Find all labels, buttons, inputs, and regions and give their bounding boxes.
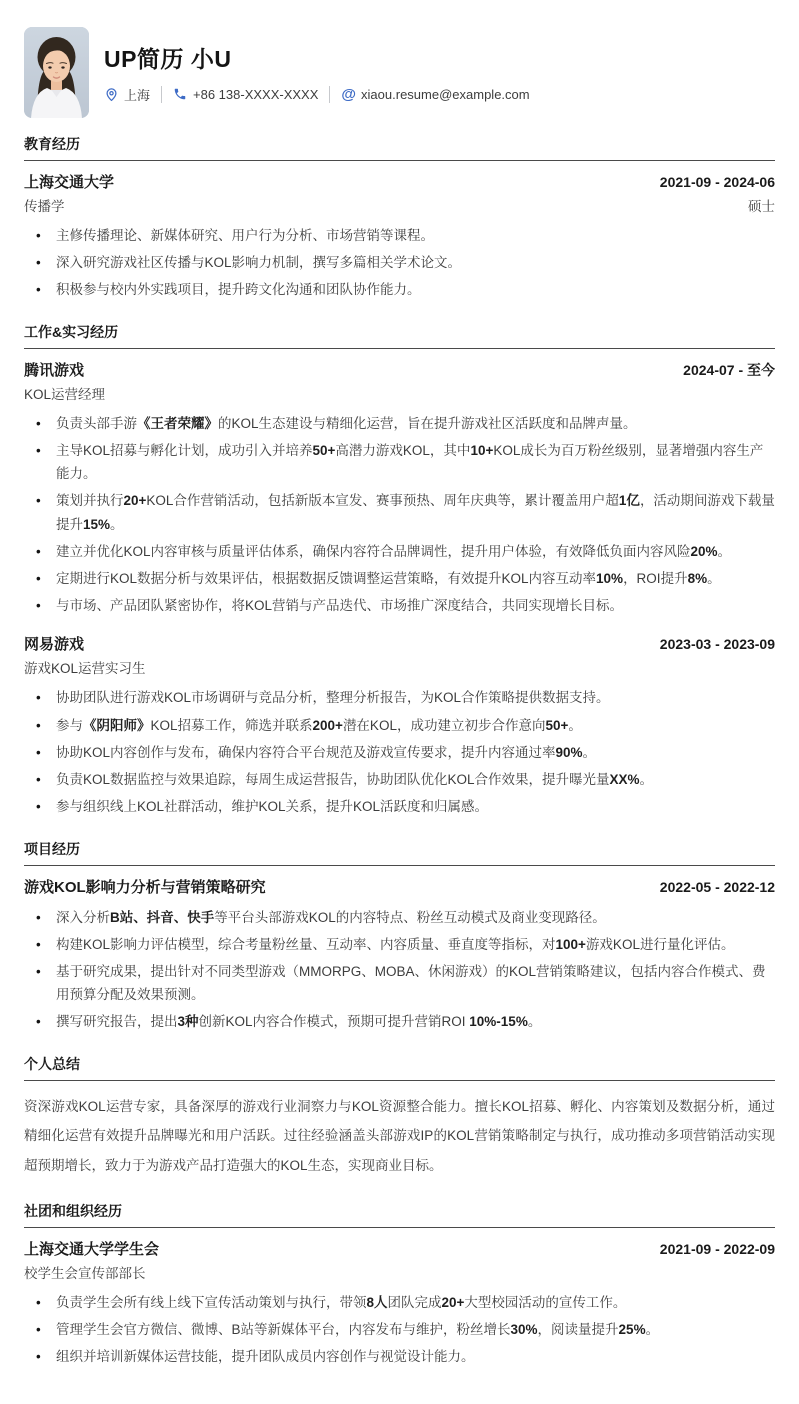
profile-photo: [24, 27, 89, 118]
entry-header-row: 网易游戏 2023-03 - 2023-09: [24, 633, 775, 654]
bullet-item: 协助KOL内容创作与发布，确保内容符合平台规范及游戏宣传要求，提升内容通过率90…: [24, 741, 775, 764]
phone-text: +86 138-XXXX-XXXX: [193, 87, 318, 102]
location-text: 上海: [124, 85, 150, 104]
contact-divider: [329, 86, 330, 103]
entry-role: KOL运营经理: [24, 383, 105, 403]
entry-date: 2023-03 - 2023-09: [660, 636, 775, 652]
bullet-item: 组织并培训新媒体运营技能，提升团队成员内容创作与视觉设计能力。: [24, 1345, 775, 1368]
bullet-item: 负责KOL数据监控与效果追踪，每周生成运营报告，协助团队优化KOL合作效果，提升…: [24, 768, 775, 791]
entry-major: 传播学: [24, 195, 65, 215]
bullet-item: 主修传播理论、新媒体研究、用户行为分析、市场营销等课程。: [24, 224, 775, 247]
phone-icon: [173, 87, 188, 102]
project-entry: 游戏KOL影响力分析与营销策略研究 2022-05 - 2022-12 深入分析…: [24, 876, 775, 1034]
bullet-item: 负责头部手游《王者荣耀》的KOL生态建设与精细化运营，旨在提升游戏社区活跃度和品…: [24, 412, 775, 435]
bullet-item: 撰写研究报告，提出3种创新KOL内容合作模式，预期可提升营销ROI 10%-15…: [24, 1010, 775, 1033]
contact-row: 上海 +86 138-XXXX-XXXX @ xiaou.resume@exam…: [104, 85, 530, 104]
contact-phone: +86 138-XXXX-XXXX: [173, 87, 318, 102]
bullet-item: 深入研究游戏社区传播与KOL影响力机制，撰写多篇相关学术论文。: [24, 251, 775, 274]
entry-sub-row: 游戏KOL运营实习生: [24, 657, 775, 677]
entry-date: 2021-09 - 2024-06: [660, 174, 775, 190]
entry-date: 2022-05 - 2022-12: [660, 879, 775, 895]
bullet-item: 与市场、产品团队紧密协作，将KOL营销与产品迭代、市场推广深度结合，共同实现增长…: [24, 594, 775, 617]
bullet-list: 负责头部手游《王者荣耀》的KOL生态建设与精细化运营，旨在提升游戏社区活跃度和品…: [24, 412, 775, 618]
entry-header-row: 上海交通大学学生会 2021-09 - 2022-09: [24, 1238, 775, 1259]
section-organizations: 社团和组织经历 上海交通大学学生会 2021-09 - 2022-09 校学生会…: [24, 1201, 775, 1369]
entry-header-row: 上海交通大学 2021-09 - 2024-06: [24, 171, 775, 192]
entry-date: 2021-09 - 2022-09: [660, 1241, 775, 1257]
project-title: 游戏KOL影响力分析与营销策略研究: [24, 876, 266, 897]
summary-paragraph: 资深游戏KOL运营专家，具备深厚的游戏行业洞察力与KOL资源整合能力。擅长KOL…: [24, 1092, 775, 1181]
section-title-projects: 项目经历: [24, 839, 775, 866]
location-icon: [104, 87, 119, 102]
header-info: UP简历 小U 上海: [104, 27, 530, 118]
bullet-item: 积极参与校内外实践项目，提升跨文化沟通和团队协作能力。: [24, 278, 775, 301]
contact-location: 上海: [104, 85, 150, 104]
contact-divider: [161, 86, 162, 103]
bullet-item: 构建KOL影响力评估模型，综合考量粉丝量、互动率、内容质量、垂直度等指标，对10…: [24, 933, 775, 956]
email-text: xiaou.resume@example.com: [361, 87, 530, 102]
entry-date: 2024-07 - 至今: [683, 360, 775, 380]
entry-role: 校学生会宣传部部长: [24, 1262, 146, 1282]
bullet-item: 建立并优化KOL内容审核与质量评估体系，确保内容符合品牌调性，提升用户体验，有效…: [24, 540, 775, 563]
contact-email: @ xiaou.resume@example.com: [341, 87, 529, 102]
work-entry-tencent: 腾讯游戏 2024-07 - 至今 KOL运营经理 负责头部手游《王者荣耀》的K…: [24, 359, 775, 618]
entry-sub-row: 传播学 硕士: [24, 195, 775, 215]
section-title-organizations: 社团和组织经历: [24, 1201, 775, 1228]
bullet-item: 管理学生会官方微信、微博、B站等新媒体平台，内容发布与维护，粉丝增长30%，阅读…: [24, 1318, 775, 1341]
bullet-list: 深入分析B站、抖音、快手等平台头部游戏KOL的内容特点、粉丝互动模式及商业变现路…: [24, 906, 775, 1034]
section-work: 工作&实习经历 腾讯游戏 2024-07 - 至今 KOL运营经理 负责头部手游…: [24, 322, 775, 819]
section-title-education: 教育经历: [24, 134, 775, 161]
bullet-item: 负责学生会所有线上线下宣传活动策划与执行，带领8人团队完成20+大型校园活动的宣…: [24, 1291, 775, 1314]
entry-role: 游戏KOL运营实习生: [24, 657, 146, 677]
entry-sub-row: KOL运营经理: [24, 383, 775, 403]
entry-degree: 硕士: [748, 195, 775, 215]
bullet-item: 策划并执行20+KOL合作营销活动，包括新版本宣发、赛事预热、周年庆典等，累计覆…: [24, 489, 775, 535]
org-name: 上海交通大学: [24, 171, 114, 192]
bullet-item: 基于研究成果，提出针对不同类型游戏（MMORPG、MOBA、休闲游戏）的KOL营…: [24, 960, 775, 1006]
entry-header-row: 游戏KOL影响力分析与营销策略研究 2022-05 - 2022-12: [24, 876, 775, 897]
section-title-work: 工作&实习经历: [24, 322, 775, 349]
org-name: 网易游戏: [24, 633, 84, 654]
bullet-item: 深入分析B站、抖音、快手等平台头部游戏KOL的内容特点、粉丝互动模式及商业变现路…: [24, 906, 775, 929]
section-education: 教育经历 上海交通大学 2021-09 - 2024-06 传播学 硕士 主修传…: [24, 134, 775, 302]
section-title-summary: 个人总结: [24, 1054, 775, 1081]
resume-header: UP简历 小U 上海: [24, 27, 775, 118]
bullet-item: 参与组织线上KOL社群活动，维护KOL关系，提升KOL活跃度和归属感。: [24, 795, 775, 818]
section-summary: 个人总结 资深游戏KOL运营专家，具备深厚的游戏行业洞察力与KOL资源整合能力。…: [24, 1054, 775, 1181]
org-name: 上海交通大学学生会: [24, 1238, 159, 1259]
bullet-item: 协助团队进行游戏KOL市场调研与竞品分析，整理分析报告，为KOL合作策略提供数据…: [24, 686, 775, 709]
org-name: 腾讯游戏: [24, 359, 84, 380]
section-projects: 项目经历 游戏KOL影响力分析与营销策略研究 2022-05 - 2022-12…: [24, 839, 775, 1034]
work-entry-netease: 网易游戏 2023-03 - 2023-09 游戏KOL运营实习生 协助团队进行…: [24, 633, 775, 818]
bullet-list: 主修传播理论、新媒体研究、用户行为分析、市场营销等课程。 深入研究游戏社区传播与…: [24, 224, 775, 302]
candidate-name: UP简历 小U: [104, 41, 530, 74]
bullet-item: 参与《阴阳师》KOL招募工作，筛选并联系200+潜在KOL，成功建立初步合作意向…: [24, 714, 775, 737]
email-at-icon: @: [341, 87, 356, 102]
organization-entry: 上海交通大学学生会 2021-09 - 2022-09 校学生会宣传部部长 负责…: [24, 1238, 775, 1369]
education-entry: 上海交通大学 2021-09 - 2024-06 传播学 硕士 主修传播理论、新…: [24, 171, 775, 302]
entry-sub-row: 校学生会宣传部部长: [24, 1262, 775, 1282]
bullet-item: 主导KOL招募与孵化计划，成功引入并培养50+高潜力游戏KOL，其中10+KOL…: [24, 439, 775, 485]
bullet-list: 负责学生会所有线上线下宣传活动策划与执行，带领8人团队完成20+大型校园活动的宣…: [24, 1291, 775, 1369]
bullet-list: 协助团队进行游戏KOL市场调研与竞品分析，整理分析报告，为KOL合作策略提供数据…: [24, 686, 775, 818]
entry-header-row: 腾讯游戏 2024-07 - 至今: [24, 359, 775, 380]
resume-page: UP简历 小U 上海: [0, 0, 799, 1404]
bullet-item: 定期进行KOL数据分析与效果评估，根据数据反馈调整运营策略，有效提升KOL内容互…: [24, 567, 775, 590]
